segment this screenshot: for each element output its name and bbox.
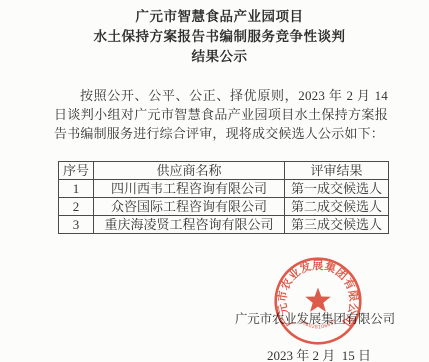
header-cell-result: 评审结果: [285, 162, 389, 180]
cell-result: 第二成交候选人: [285, 198, 389, 216]
seal-ring: [276, 259, 361, 344]
cell-no: 1: [59, 180, 94, 198]
cell-result: 第三成交候选人: [285, 216, 389, 234]
header-cell-supplier: 供应商名称: [94, 162, 285, 180]
table-row: 3 重庆海凌贤工程咨询有限公司 第三成交候选人: [59, 216, 389, 234]
title-line-1: 广元市智慧食品产业园项目: [25, 7, 414, 27]
cell-no: 3: [59, 216, 94, 234]
table-row: 1 四川西韦工程咨询有限公司 第一成交候选人: [59, 180, 389, 198]
body-paragraph: 按照公开、公平、公正、择优原则，2023 年 2 月 14 日谈判小组对广元市智…: [54, 86, 388, 143]
title-line-3: 结果公示: [25, 47, 414, 67]
table-header-row: 序号 供应商名称 评审结果: [59, 162, 389, 180]
cell-supplier: 四川西韦工程咨询有限公司: [94, 180, 285, 198]
cell-result: 第一成交候选人: [285, 180, 389, 198]
header-cell-no: 序号: [59, 162, 94, 180]
result-table: 序号 供应商名称 评审结果 1 四川西韦工程咨询有限公司 第一成交候选人 2 众…: [58, 161, 389, 234]
issue-date: 2023 年 2 月 15 日: [267, 345, 371, 362]
cell-no: 2: [59, 198, 94, 216]
table-row: 2 众咨国际工程咨询有限公司 第二成交候选人: [59, 198, 389, 216]
document-page: 广元市智慧食品产业园项目 水土保持方案报告书编制服务竞争性谈判 结果公示 按照公…: [0, 0, 429, 362]
company-seal-stamp: 广元市农业发展集团有限公司 51080281068858: [273, 256, 363, 346]
cell-supplier: 众咨国际工程咨询有限公司: [94, 198, 285, 216]
cell-supplier: 重庆海凌贤工程咨询有限公司: [94, 216, 285, 234]
issuer-signature: 广元市农业发展集团有限公司: [235, 309, 395, 327]
title-line-2: 水土保持方案报告书编制服务竞争性谈判: [25, 27, 414, 47]
document-title: 广元市智慧食品产业园项目 水土保持方案报告书编制服务竞争性谈判 结果公示: [25, 7, 414, 67]
